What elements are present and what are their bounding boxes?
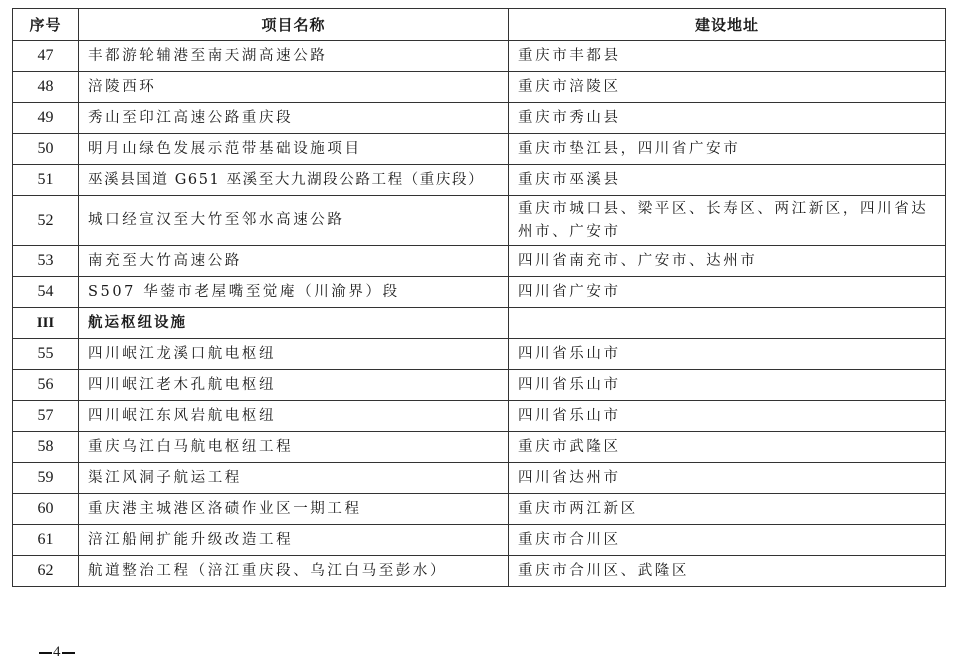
- table-row: 50 明月山绿色发展示范带基础设施项目 重庆市垫江县，四川省广安市: [13, 134, 946, 165]
- row-location: 重庆市秀山县: [509, 103, 946, 134]
- row-index: 60: [13, 494, 79, 525]
- table-header-row: 序号 项目名称 建设地址: [13, 9, 946, 41]
- row-index: 51: [13, 165, 79, 196]
- table-row: 49 秀山至印江高速公路重庆段 重庆市秀山县: [13, 103, 946, 134]
- row-project-name: 丰都游轮辅港至南天湖高速公路: [79, 41, 509, 72]
- table-row: 57 四川岷江东风岩航电枢纽 四川省乐山市: [13, 401, 946, 432]
- header-project-name: 项目名称: [79, 9, 509, 41]
- row-location: 四川省广安市: [509, 277, 946, 308]
- row-location: 重庆市合川区、武隆区: [509, 556, 946, 587]
- row-project-name: 南充至大竹高速公路: [79, 246, 509, 277]
- table-row: 58 重庆乌江白马航电枢纽工程 重庆市武隆区: [13, 432, 946, 463]
- row-index: 52: [13, 196, 79, 246]
- row-index: 50: [13, 134, 79, 165]
- row-project-name: 四川岷江老木孔航电枢纽: [79, 370, 509, 401]
- row-location: 四川省南充市、广安市、达州市: [509, 246, 946, 277]
- row-location: 重庆市两江新区: [509, 494, 946, 525]
- row-location: 重庆市垫江县，四川省广安市: [509, 134, 946, 165]
- row-index: 47: [13, 41, 79, 72]
- row-project-name: 四川岷江东风岩航电枢纽: [79, 401, 509, 432]
- row-location: 重庆市巫溪县: [509, 165, 946, 196]
- section-index: III: [13, 308, 79, 339]
- row-location: 重庆市丰都县: [509, 41, 946, 72]
- row-project-name: 明月山绿色发展示范带基础设施项目: [79, 134, 509, 165]
- header-index: 序号: [13, 9, 79, 41]
- row-index: 62: [13, 556, 79, 587]
- row-project-name: 重庆乌江白马航电枢纽工程: [79, 432, 509, 463]
- section-location: [509, 308, 946, 339]
- project-table: 序号 项目名称 建设地址 47 丰都游轮辅港至南天湖高速公路 重庆市丰都县 48…: [12, 8, 946, 587]
- page-number-dash-right: [62, 652, 75, 654]
- row-index: 55: [13, 339, 79, 370]
- row-project-name: 重庆港主城港区洛碛作业区一期工程: [79, 494, 509, 525]
- row-index: 49: [13, 103, 79, 134]
- row-index: 57: [13, 401, 79, 432]
- row-location: 四川省乐山市: [509, 339, 946, 370]
- row-project-name: 巫溪县国道 G651 巫溪至大九湖段公路工程（重庆段）: [79, 165, 509, 196]
- row-index: 56: [13, 370, 79, 401]
- row-project-name: S507 华蓥市老屋嘴至觉庵（川渝界）段: [79, 277, 509, 308]
- section-row: III 航运枢纽设施: [13, 308, 946, 339]
- header-location: 建设地址: [509, 9, 946, 41]
- row-project-name: 涪陵西环: [79, 72, 509, 103]
- page-number-value: 4: [53, 644, 61, 660]
- row-project-name: 渠江风洞子航运工程: [79, 463, 509, 494]
- row-index: 58: [13, 432, 79, 463]
- page-number-dash-left: [39, 652, 52, 654]
- row-project-name: 航道整治工程（涪江重庆段、乌江白马至彭水）: [79, 556, 509, 587]
- table-row: 61 涪江船闸扩能升级改造工程 重庆市合川区: [13, 525, 946, 556]
- row-index: 48: [13, 72, 79, 103]
- row-index: 59: [13, 463, 79, 494]
- row-location: 重庆市武隆区: [509, 432, 946, 463]
- row-location: 四川省乐山市: [509, 401, 946, 432]
- section-title: 航运枢纽设施: [79, 308, 509, 339]
- page-number: 4: [38, 644, 76, 661]
- row-location: 重庆市涪陵区: [509, 72, 946, 103]
- table-row: 54 S507 华蓥市老屋嘴至觉庵（川渝界）段 四川省广安市: [13, 277, 946, 308]
- row-index: 53: [13, 246, 79, 277]
- table-row: 56 四川岷江老木孔航电枢纽 四川省乐山市: [13, 370, 946, 401]
- table-row: 59 渠江风洞子航运工程 四川省达州市: [13, 463, 946, 494]
- table-row: 60 重庆港主城港区洛碛作业区一期工程 重庆市两江新区: [13, 494, 946, 525]
- table-row: 48 涪陵西环 重庆市涪陵区: [13, 72, 946, 103]
- row-project-name: 四川岷江龙溪口航电枢纽: [79, 339, 509, 370]
- table-row: 55 四川岷江龙溪口航电枢纽 四川省乐山市: [13, 339, 946, 370]
- row-project-name: 涪江船闸扩能升级改造工程: [79, 525, 509, 556]
- row-location: 四川省乐山市: [509, 370, 946, 401]
- row-location: 重庆市城口县、梁平区、长寿区、两江新区，四川省达州市、广安市: [509, 196, 946, 246]
- table-row: 51 巫溪县国道 G651 巫溪至大九湖段公路工程（重庆段） 重庆市巫溪县: [13, 165, 946, 196]
- table-row: 53 南充至大竹高速公路 四川省南充市、广安市、达州市: [13, 246, 946, 277]
- table-row: 47 丰都游轮辅港至南天湖高速公路 重庆市丰都县: [13, 41, 946, 72]
- row-index: 54: [13, 277, 79, 308]
- row-project-name: 秀山至印江高速公路重庆段: [79, 103, 509, 134]
- row-location: 重庆市合川区: [509, 525, 946, 556]
- row-project-name: 城口经宣汉至大竹至邻水高速公路: [79, 196, 509, 246]
- row-index: 61: [13, 525, 79, 556]
- table-row: 52 城口经宣汉至大竹至邻水高速公路 重庆市城口县、梁平区、长寿区、两江新区，四…: [13, 196, 946, 246]
- row-location: 四川省达州市: [509, 463, 946, 494]
- table-row: 62 航道整治工程（涪江重庆段、乌江白马至彭水） 重庆市合川区、武隆区: [13, 556, 946, 587]
